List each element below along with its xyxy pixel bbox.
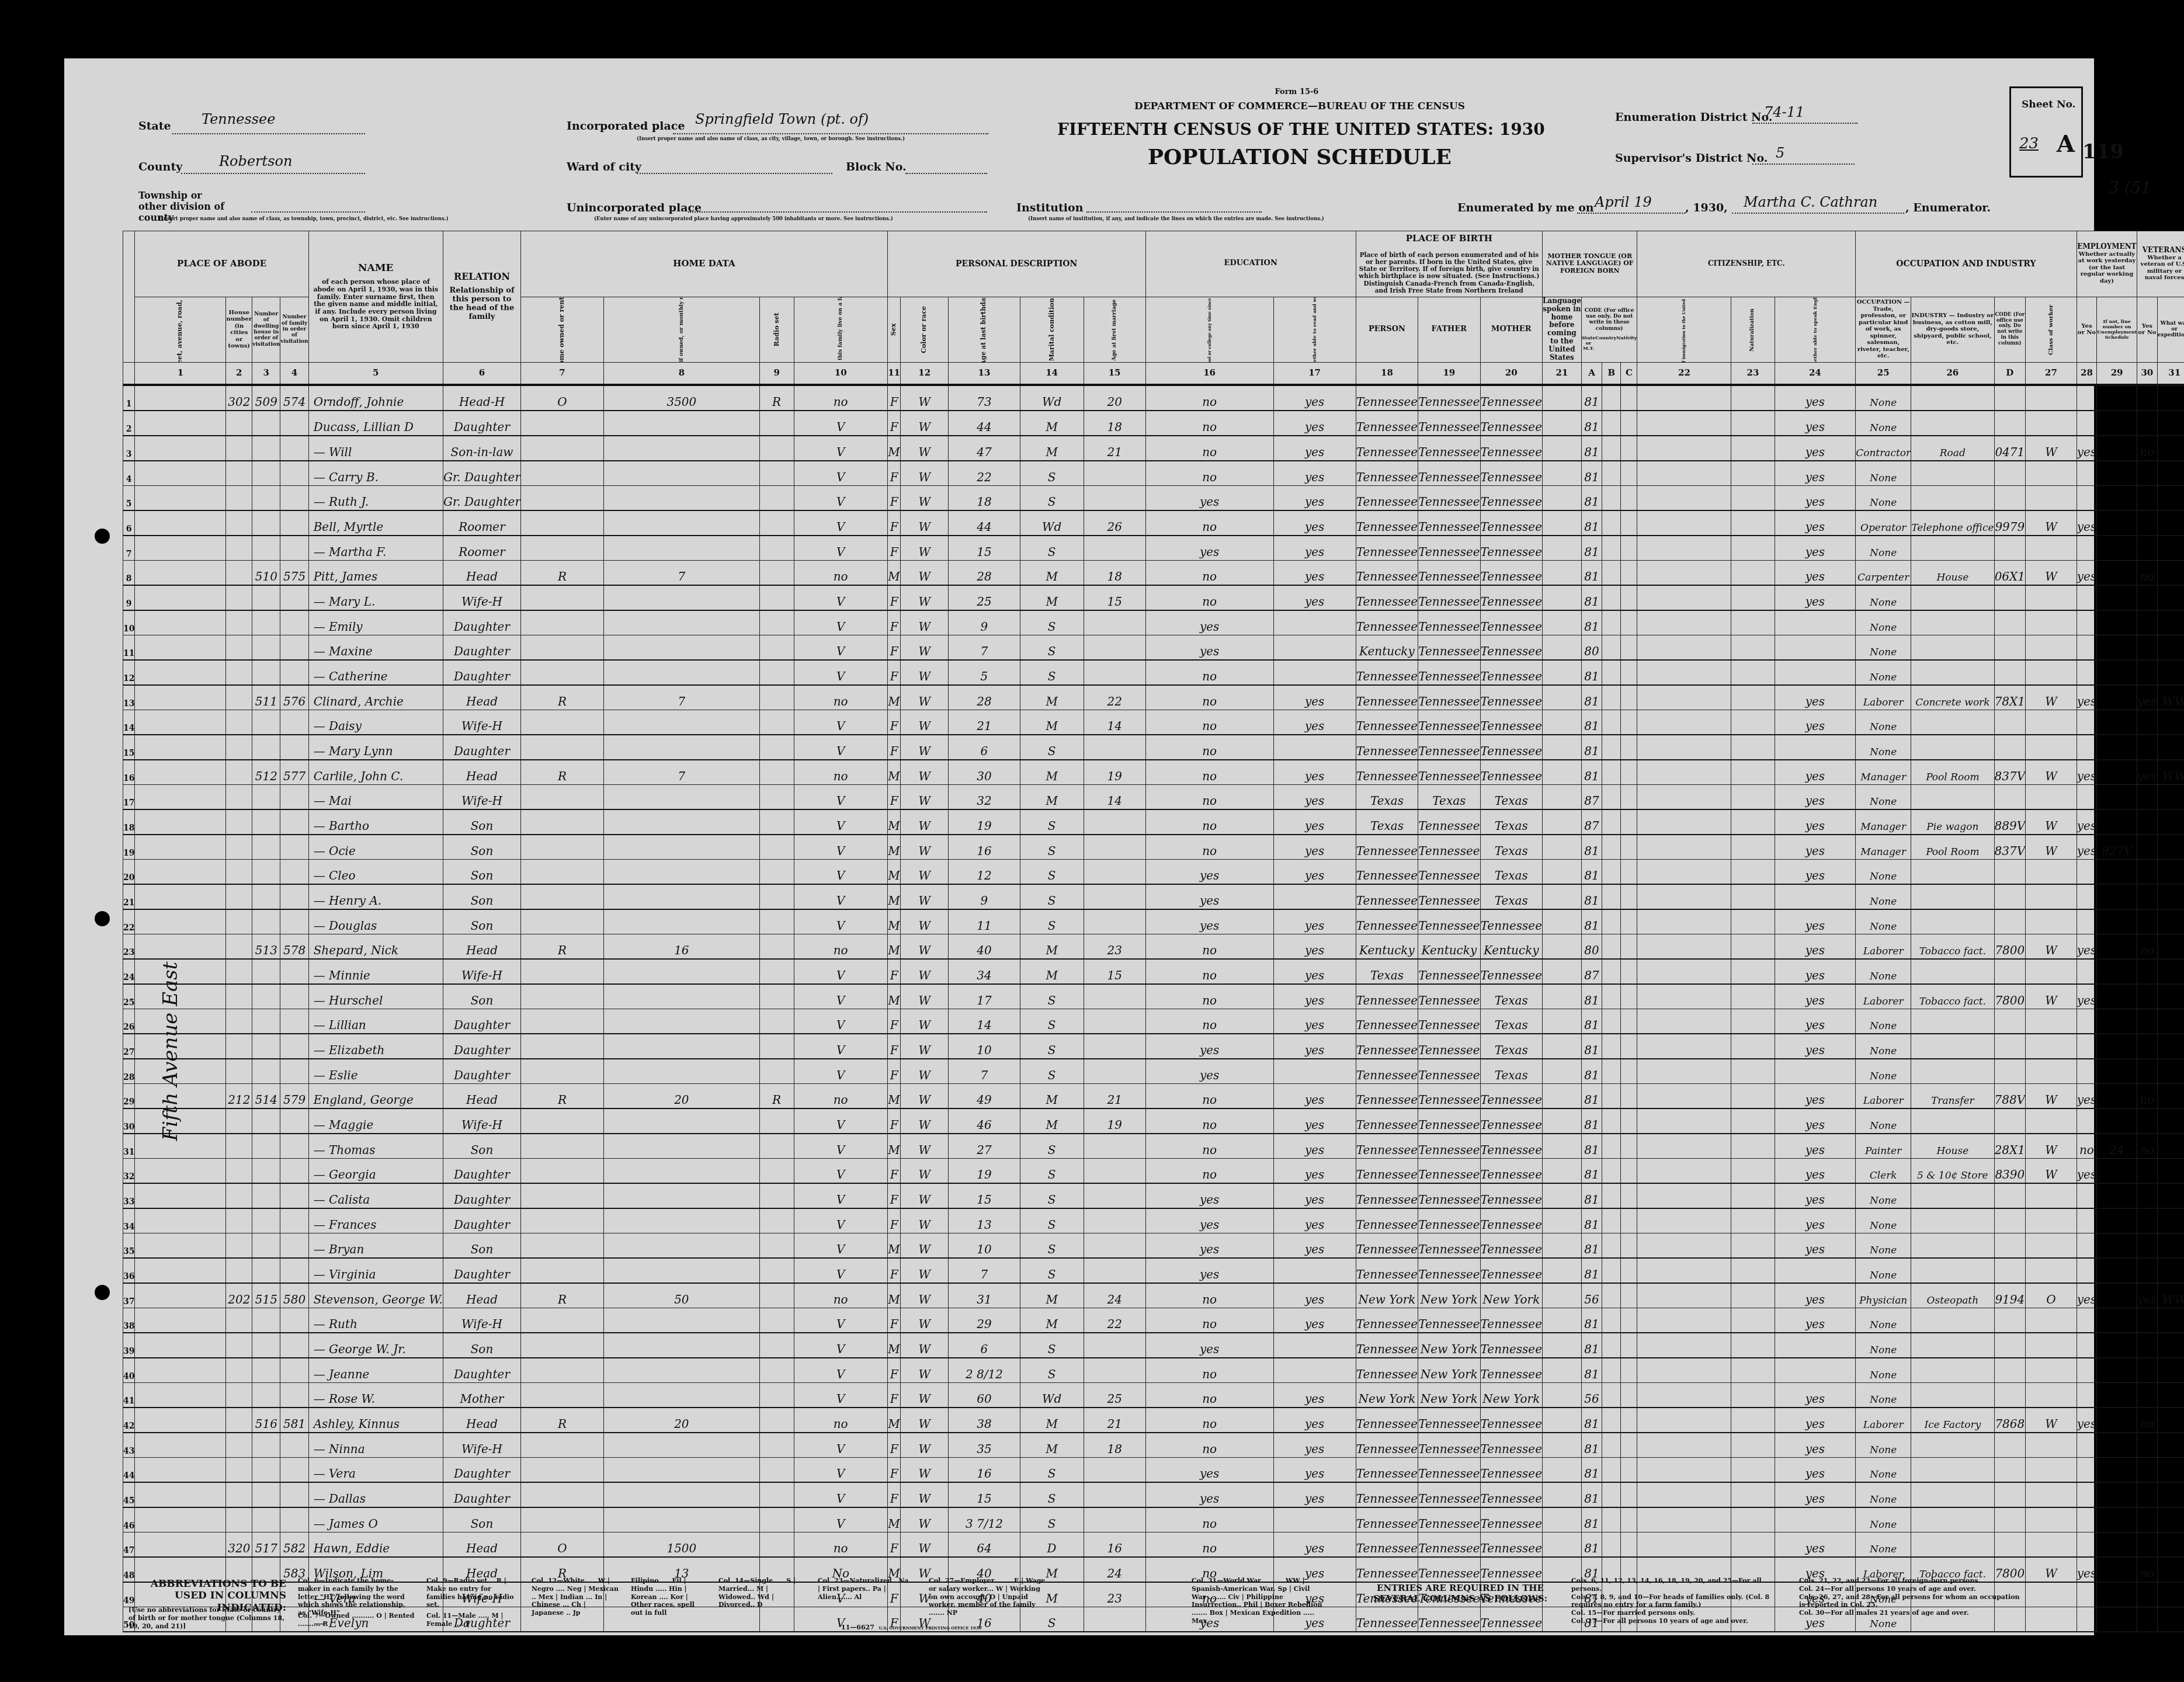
home-value-cell	[604, 461, 760, 486]
marital-cell: M	[1020, 959, 1084, 984]
sex-cell: M	[887, 1333, 901, 1358]
father-birthplace-cell: Tennessee	[1418, 436, 1480, 461]
unemployment-line-cell	[2097, 1083, 2137, 1108]
occupation-code-cell	[1994, 710, 2026, 735]
family-number-cell	[280, 1034, 308, 1059]
age-cell: 19	[949, 809, 1020, 835]
class-of-worker-cell: W	[2026, 1083, 2077, 1108]
birthplace-cell: Tennessee	[1356, 1482, 1418, 1507]
sex-cell: F	[887, 1208, 901, 1233]
column-number: 6	[443, 362, 520, 385]
read-write-cell: yes	[1273, 1532, 1356, 1557]
farm-cell: no	[794, 560, 887, 585]
mother-tongue-cell	[1542, 635, 1581, 660]
immigration-year-cell	[1637, 884, 1731, 909]
race-cell: W	[901, 411, 949, 436]
home-value-cell	[604, 835, 760, 860]
employed-cell	[2077, 1208, 2096, 1233]
class-of-worker-cell	[2026, 1482, 2077, 1507]
birthplace-cell: Tennessee	[1356, 436, 1418, 461]
dwelling-number-cell: 513	[252, 934, 280, 959]
naturalization-cell	[1731, 385, 1775, 411]
race-cell: W	[901, 660, 949, 685]
street-cell	[135, 685, 226, 710]
occupation-cell: Manager	[1856, 809, 1911, 835]
code-b-cell	[1602, 1083, 1621, 1108]
speak-english-cell	[1775, 1358, 1856, 1383]
employed-cell: yes	[2077, 510, 2096, 536]
immigration-year-cell	[1637, 1283, 1731, 1308]
speak-english-cell: yes	[1775, 984, 1856, 1009]
entries-list-2: Cols. 21, 22, and 23—For all foreign-bor…	[1799, 1577, 2021, 1617]
sex-cell: F	[887, 660, 901, 685]
code-c-cell	[1621, 735, 1637, 760]
occupation-cell: None	[1856, 1382, 1911, 1408]
class-of-worker-cell	[2026, 859, 2077, 884]
census-title: FIFTEENTH CENSUS OF THE UNITED STATES: 1…	[1057, 120, 1542, 139]
birthplace-cell: Tennessee	[1356, 1333, 1418, 1358]
race-cell: W	[901, 1108, 949, 1134]
employed-cell: yes	[2077, 436, 2096, 461]
veteran-cell	[2137, 1457, 2157, 1482]
unemployment-line-cell	[2097, 536, 2137, 561]
mother-birthplace-cell: Tennessee	[1480, 485, 1542, 510]
farm-cell: V	[794, 1034, 887, 1059]
naturalization-cell	[1731, 984, 1775, 1009]
war-cell	[2157, 1208, 2184, 1233]
birthplace-cell: Tennessee	[1356, 835, 1418, 860]
column-number: 20	[1480, 362, 1542, 385]
father-birthplace-cell: Tennessee	[1418, 461, 1480, 486]
school-cell: yes	[1145, 884, 1273, 909]
war-cell	[2157, 1382, 2184, 1408]
family-number-cell	[280, 1183, 308, 1208]
marital-cell: Wd	[1020, 1382, 1084, 1408]
race-cell: W	[901, 510, 949, 536]
marital-cell: S	[1020, 610, 1084, 635]
person-name-cell: — Maggie	[308, 1108, 443, 1134]
family-number-cell: 575	[280, 560, 308, 585]
sex-cell: M	[887, 859, 901, 884]
line-number: 37	[123, 1283, 135, 1308]
group-occupation: OCCUPATION AND INDUSTRY	[1856, 231, 2077, 297]
age-first-marriage-cell: 21	[1084, 436, 1145, 461]
department-title: DEPARTMENT OF COMMERCE—BUREAU OF THE CEN…	[1098, 100, 1501, 112]
home-value-cell	[604, 1333, 760, 1358]
abbrev-col7: Col. 7—Owned .......... O | Rented .....…	[298, 1612, 415, 1628]
farm-cell: V	[794, 1233, 887, 1258]
occupation-code-cell	[1994, 1108, 2026, 1134]
column-number: C	[1621, 362, 1637, 385]
veteran-cell	[2137, 461, 2157, 486]
home-value-cell: 16	[604, 934, 760, 959]
column-number: 17	[1273, 362, 1356, 385]
radio-cell	[759, 760, 794, 785]
father-birthplace-cell: Tennessee	[1418, 710, 1480, 735]
war-cell	[2157, 1582, 2184, 1607]
home-tenure-cell	[521, 461, 604, 486]
abbrev-col12-other: Filipino .... Fil | Hindu ..... Hin | Ko…	[631, 1577, 701, 1617]
farm-cell: V	[794, 784, 887, 809]
farm-cell: V	[794, 1108, 887, 1134]
relation-cell: Daughter	[443, 660, 520, 685]
house-number-cell	[226, 610, 252, 635]
radio-cell	[759, 934, 794, 959]
unemployment-line-cell	[2097, 1607, 2137, 1632]
radio-cell	[759, 959, 794, 984]
read-write-cell: yes	[1273, 485, 1356, 510]
relation-cell: Son	[443, 909, 520, 934]
home-value-cell	[604, 1457, 760, 1482]
race-cell: W	[901, 859, 949, 884]
home-tenure-cell	[521, 1009, 604, 1034]
home-tenure-cell	[521, 1034, 604, 1059]
group-veterans: VETERANS Whether a veteran of U.S. milit…	[2137, 231, 2184, 297]
school-cell: no	[1145, 1382, 1273, 1408]
code-a-cell: 81	[1581, 1034, 1602, 1059]
father-birthplace-cell: Tennessee	[1418, 909, 1480, 934]
employed-cell	[2077, 1433, 2096, 1458]
occupation-cell: None	[1856, 585, 1911, 610]
father-birthplace-cell: Tennessee	[1418, 610, 1480, 635]
mother-birthplace-cell: Tennessee	[1480, 1507, 1542, 1532]
code-a-cell: 81	[1581, 884, 1602, 909]
farm-cell: V	[794, 1382, 887, 1408]
class-of-worker-cell	[2026, 959, 2077, 984]
father-birthplace-cell: Tennessee	[1418, 411, 1480, 436]
dwelling-number-cell	[252, 411, 280, 436]
code-a-cell: 81	[1581, 436, 1602, 461]
mother-tongue-cell	[1542, 784, 1581, 809]
school-cell: no	[1145, 959, 1273, 984]
occupation-code-cell: 837V	[1994, 835, 2026, 860]
line-number: 18	[123, 809, 135, 835]
race-cell: W	[901, 1009, 949, 1034]
class-of-worker-cell	[2026, 884, 2077, 909]
war-cell	[2157, 984, 2184, 1009]
occupation-code-cell: 889V	[1994, 809, 2026, 835]
code-b-cell	[1602, 1333, 1621, 1358]
employed-cell	[2077, 1358, 2096, 1383]
code-a-cell: 81	[1581, 1482, 1602, 1507]
sex-cell: F	[887, 959, 901, 984]
industry-cell	[1911, 1009, 1994, 1034]
employed-cell	[2077, 1308, 2096, 1333]
war-cell	[2157, 1408, 2184, 1433]
mother-tongue-cell	[1542, 660, 1581, 685]
enumerated-year: , 1930,	[1685, 201, 1728, 214]
code-a-cell: 81	[1581, 984, 1602, 1009]
code-b-cell	[1602, 735, 1621, 760]
war-cell	[2157, 1457, 2184, 1482]
veteran-cell	[2137, 1482, 2157, 1507]
township-note: (Insert proper name and also name of cla…	[159, 216, 449, 222]
person-name-cell: — Thomas	[308, 1134, 443, 1159]
sub-home-value: Value of home, if owned, or monthly rent…	[604, 297, 760, 362]
age-first-marriage-cell	[1084, 1457, 1145, 1482]
farm-cell: V	[794, 610, 887, 635]
unemployment-line-cell	[2097, 685, 2137, 710]
class-of-worker-cell: W	[2026, 436, 2077, 461]
birthplace-cell: Tennessee	[1356, 1108, 1418, 1134]
school-cell: no	[1145, 411, 1273, 436]
street-cell	[135, 610, 226, 635]
sex-cell: F	[887, 510, 901, 536]
class-of-worker-cell	[2026, 1108, 2077, 1134]
age-cell: 17	[949, 984, 1020, 1009]
radio-cell	[759, 1208, 794, 1233]
race-cell: W	[901, 385, 949, 411]
punch-hole-top	[95, 529, 110, 544]
sub-vet-war: What war or expedition?	[2157, 297, 2184, 362]
entries-title: ENTRIES ARE REQUIRED IN THE SEVERAL COLU…	[1367, 1583, 1554, 1604]
code-c-cell	[1621, 610, 1637, 635]
school-cell: yes	[1145, 1183, 1273, 1208]
immigration-year-cell	[1637, 1358, 1731, 1383]
speak-english-cell: yes	[1775, 809, 1856, 835]
line-number: 39	[123, 1333, 135, 1358]
line-number: 34	[123, 1208, 135, 1233]
speak-english-cell: yes	[1775, 1183, 1856, 1208]
industry-cell	[1911, 461, 1994, 486]
relation-cell: Daughter	[443, 735, 520, 760]
occupation-code-cell	[1994, 1358, 2026, 1383]
line-number: 17	[123, 784, 135, 809]
dwelling-number-cell	[252, 536, 280, 561]
occupation-cell: None	[1856, 1433, 1911, 1458]
speak-english-cell: yes	[1775, 1408, 1856, 1433]
veteran-cell	[2137, 610, 2157, 635]
age-first-marriage-cell: 19	[1084, 1108, 1145, 1134]
occupation-cell: None	[1856, 1457, 1911, 1482]
sex-cell: F	[887, 1158, 901, 1183]
sub-school: Attended school or college any time sinc…	[1145, 297, 1273, 362]
sex-cell: F	[887, 1532, 901, 1557]
code-c-cell	[1621, 1532, 1637, 1557]
read-write-cell	[1273, 1059, 1356, 1084]
mother-tongue-cell	[1542, 859, 1581, 884]
code-c-cell	[1621, 1183, 1637, 1208]
dwelling-number-cell: 510	[252, 560, 280, 585]
house-number-cell	[226, 1382, 252, 1408]
radio-cell	[759, 560, 794, 585]
employed-cell	[2077, 1507, 2096, 1532]
class-of-worker-cell: W	[2026, 934, 2077, 959]
marital-cell: M	[1020, 1083, 1084, 1108]
unincorporated-label: Unincorporated place	[567, 201, 702, 214]
occupation-cell: None	[1856, 884, 1911, 909]
relation-cell: Daughter	[443, 610, 520, 635]
column-number: 2	[226, 362, 252, 385]
street-cell	[135, 461, 226, 486]
marital-cell: S	[1020, 984, 1084, 1009]
home-tenure-cell: R	[521, 934, 604, 959]
class-of-worker-cell	[2026, 909, 2077, 934]
dwelling-number-cell	[252, 859, 280, 884]
veteran-cell	[2137, 1507, 2157, 1532]
sex-cell: F	[887, 1433, 901, 1458]
street-cell	[135, 1433, 226, 1458]
race-cell: W	[901, 1059, 949, 1084]
mother-birthplace-cell: Texas	[1480, 1009, 1542, 1034]
house-number-cell	[226, 909, 252, 934]
age-first-marriage-cell	[1084, 1233, 1145, 1258]
veteran-cell	[2137, 1358, 2157, 1383]
speak-english-cell: yes	[1775, 685, 1856, 710]
school-cell: no	[1145, 1358, 1273, 1383]
home-tenure-cell	[521, 809, 604, 835]
marital-cell: S	[1020, 909, 1084, 934]
occupation-cell: None	[1856, 1507, 1911, 1532]
sub-naturalization: Naturalization	[1731, 297, 1775, 362]
table-row: 8510575Pitt, JamesHeadR7noMW28M18noyesTe…	[123, 560, 2184, 585]
unemployment-line-cell	[2097, 1283, 2137, 1308]
code-c-cell	[1621, 884, 1637, 909]
race-cell: W	[901, 560, 949, 585]
dwelling-number-cell	[252, 510, 280, 536]
line-number: 22	[123, 909, 135, 934]
mother-birthplace-cell: New York	[1480, 1382, 1542, 1408]
occupation-cell: None	[1856, 1482, 1911, 1507]
farm-cell: V	[794, 436, 887, 461]
father-birthplace-cell: Tennessee	[1418, 1083, 1480, 1108]
school-cell: no	[1145, 1108, 1273, 1134]
employed-cell	[2077, 1009, 2096, 1034]
industry-cell	[1911, 959, 1994, 984]
father-birthplace-cell: Texas	[1418, 784, 1480, 809]
home-tenure-cell	[521, 1233, 604, 1258]
code-a-cell: 81	[1581, 1358, 1602, 1383]
class-of-worker-cell: W	[2026, 1158, 2077, 1183]
dwelling-number-cell	[252, 1308, 280, 1333]
employed-cell	[2077, 411, 2096, 436]
mother-birthplace-cell: Texas	[1480, 884, 1542, 909]
school-cell: no	[1145, 735, 1273, 760]
race-cell: W	[901, 710, 949, 735]
radio-cell	[759, 660, 794, 685]
school-cell: no	[1145, 436, 1273, 461]
dwelling-number-cell	[252, 436, 280, 461]
column-number: 27	[2026, 362, 2077, 385]
age-cell: 14	[949, 1009, 1020, 1034]
code-c-cell	[1621, 1283, 1637, 1308]
unemployment-line-cell	[2097, 1457, 2137, 1482]
home-tenure-cell	[521, 1134, 604, 1159]
sex-cell: F	[887, 610, 901, 635]
naturalization-cell	[1731, 536, 1775, 561]
code-b-cell	[1602, 1233, 1621, 1258]
column-number: 8	[604, 362, 760, 385]
birthplace-cell: Tennessee	[1356, 1134, 1418, 1159]
code-a-cell: 81	[1581, 1134, 1602, 1159]
age-cell: 28	[949, 685, 1020, 710]
age-first-marriage-cell	[1084, 1507, 1145, 1532]
race-cell: W	[901, 1358, 949, 1383]
column-number: 14	[1020, 362, 1084, 385]
home-tenure-cell	[521, 859, 604, 884]
race-cell: W	[901, 1408, 949, 1433]
table-row: 33— CalistaDaughterVFW15SyesyesTennessee…	[123, 1183, 2184, 1208]
employed-cell	[2077, 735, 2096, 760]
read-write-cell: yes	[1273, 385, 1356, 411]
column-number: 23	[1731, 362, 1775, 385]
code-a-cell: 81	[1581, 411, 1602, 436]
mother-birthplace-cell: Tennessee	[1480, 635, 1542, 660]
employed-cell	[2077, 1457, 2096, 1482]
dwelling-number-cell	[252, 1433, 280, 1458]
home-value-cell	[604, 1158, 760, 1183]
age-cell: 15	[949, 1183, 1020, 1208]
marital-cell: M	[1020, 1408, 1084, 1433]
sub-language: Language spoken in home before coming to…	[1542, 297, 1581, 362]
house-number-cell	[226, 1482, 252, 1507]
class-of-worker-cell	[2026, 536, 2077, 561]
mother-tongue-cell	[1542, 560, 1581, 585]
code-c-cell	[1621, 1507, 1637, 1532]
veteran-cell	[2137, 1108, 2157, 1134]
sheet-side: A	[2057, 130, 2075, 158]
father-birthplace-cell: Tennessee	[1418, 1059, 1480, 1084]
abbrev-col9: Col. 9—Radio set... R | Make no entry fo…	[426, 1577, 514, 1609]
relation-cell: Daughter	[443, 1358, 520, 1383]
marital-cell: S	[1020, 1457, 1084, 1482]
industry-cell: Road	[1911, 436, 1994, 461]
table-row: 13511576Clinard, ArchieHeadR7noMW28M22no…	[123, 685, 2184, 710]
read-write-cell	[1273, 635, 1356, 660]
veteran-cell	[2137, 1433, 2157, 1458]
line-number: 19	[123, 835, 135, 860]
class-of-worker-cell	[2026, 1183, 2077, 1208]
immigration-year-cell	[1637, 1108, 1731, 1134]
code-b-cell	[1602, 934, 1621, 959]
street-cell	[135, 735, 226, 760]
marital-cell: S	[1020, 835, 1084, 860]
table-row: 24— MinnieWife-HVFW34M15noyesTexasTennes…	[123, 959, 2184, 984]
speak-english-cell: yes	[1775, 510, 1856, 536]
dwelling-number-cell	[252, 1208, 280, 1233]
person-name-cell: Shepard, Nick	[308, 934, 443, 959]
class-of-worker-cell	[2026, 1034, 2077, 1059]
sub-vet-yes-no: Yes or No	[2137, 297, 2157, 362]
read-write-cell: yes	[1273, 1382, 1356, 1408]
farm-cell: V	[794, 735, 887, 760]
code-b-cell	[1602, 760, 1621, 785]
age-first-marriage-cell: 23	[1084, 934, 1145, 959]
read-write-cell: yes	[1273, 1108, 1356, 1134]
person-name-cell: — Georgia	[308, 1158, 443, 1183]
dwelling-number-cell	[252, 784, 280, 809]
relation-cell: Daughter	[443, 1482, 520, 1507]
birthplace-cell: Tennessee	[1356, 1034, 1418, 1059]
veteran-cell	[2137, 909, 2157, 934]
occupation-cell: Contractor	[1856, 436, 1911, 461]
marital-cell: S	[1020, 859, 1084, 884]
speak-english-cell: yes	[1775, 909, 1856, 934]
school-cell: no	[1145, 984, 1273, 1009]
school-cell: no	[1145, 560, 1273, 585]
veteran-cell: no	[2137, 560, 2157, 585]
family-number-cell	[280, 1208, 308, 1233]
occupation-cell: None	[1856, 909, 1911, 934]
code-b-cell	[1602, 710, 1621, 735]
column-number: 12	[901, 362, 949, 385]
industry-cell: Telephone office	[1911, 510, 1994, 536]
birthplace-cell: Tennessee	[1356, 411, 1418, 436]
sex-cell: F	[887, 735, 901, 760]
code-a-cell: 81	[1581, 610, 1602, 635]
school-cell: yes	[1145, 1258, 1273, 1283]
war-cell	[2157, 1482, 2184, 1507]
